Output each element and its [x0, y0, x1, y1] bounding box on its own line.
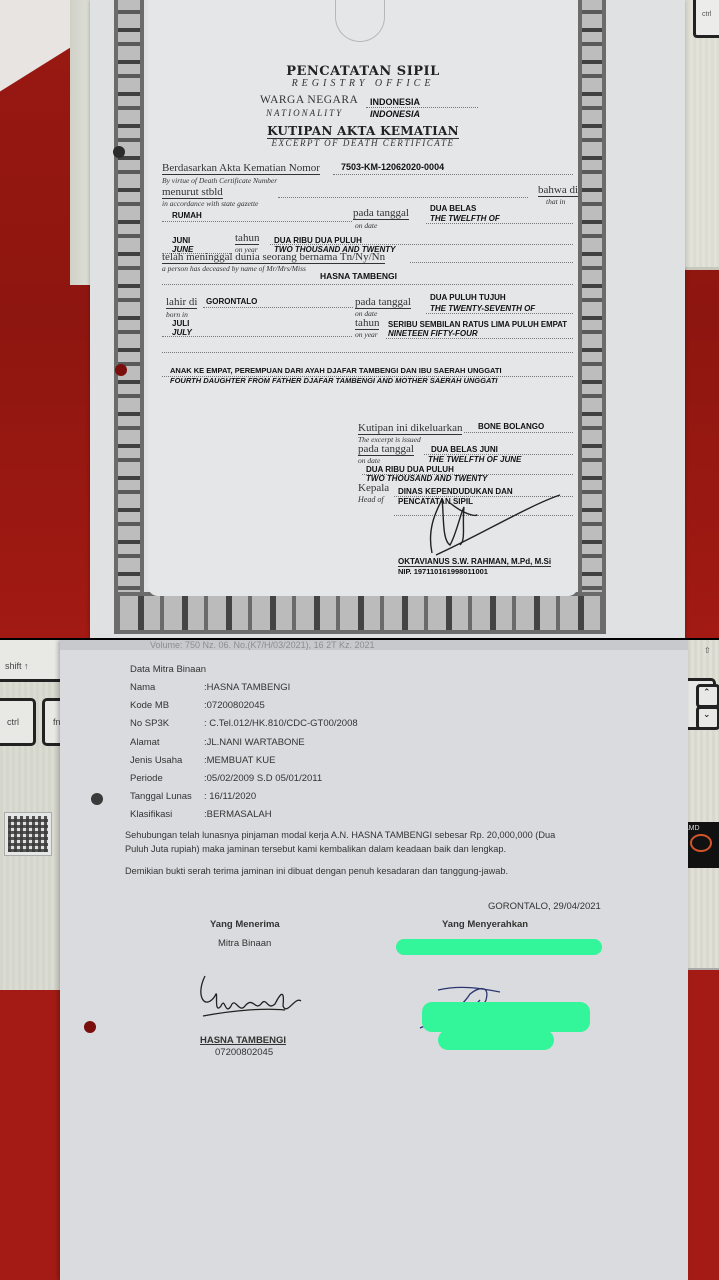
- dotted-line: [162, 284, 573, 285]
- official-nip: NIP. 197110161998011001: [398, 567, 488, 576]
- issued-day: DUA BELAS JUNI: [431, 445, 498, 454]
- key-arrow-down-icon: ⌄: [696, 706, 719, 730]
- issued-date-label-en: on date: [358, 456, 380, 465]
- field-label: No SP3K: [130, 718, 169, 729]
- field-value: : C.Tel.012/HK.810/CDC-GT00/2008: [204, 718, 358, 729]
- collateral-receipt-photo: shift ↑ ctrl fn ⇧ ⌃ ⌄ AMD Volume: 750 Nz…: [0, 640, 719, 1280]
- clipped-header-text: Volume: 750 Nz. 06. No.(K7/H/03/2021), 1…: [150, 640, 374, 650]
- certificate-border-bottom: [120, 596, 600, 630]
- deceased-label: telah meninggal dunia seorang bernama Tn…: [162, 251, 385, 264]
- giver-title: Yang Menyerahkan: [442, 919, 528, 930]
- key-shift: shift ↑: [0, 640, 65, 682]
- field-value: :JL.NANI WARTABONE: [204, 737, 305, 748]
- punch-hole: [113, 146, 125, 158]
- cert-number: 7503-KM-12062020-0004: [341, 162, 444, 172]
- field-value: :07200802045: [204, 700, 265, 711]
- nationality-label: WARGA NEGARA: [260, 94, 358, 106]
- field-value: : 16/11/2020: [204, 791, 256, 802]
- birth-date-label: pada tanggal: [355, 296, 411, 309]
- head-label-en: Head of: [358, 495, 384, 504]
- field-label: Jenis Usaha: [130, 755, 182, 766]
- birth-year-label: tahun: [355, 317, 379, 330]
- office-subtitle: REGISTRY OFFICE: [148, 78, 578, 89]
- key-ctrl: ctrl: [693, 0, 719, 38]
- dotted-line: [333, 174, 573, 175]
- receiver-name: HASNA TAMBENGI: [200, 1035, 286, 1046]
- dotted-line: [270, 244, 573, 245]
- issued-place: BONE BOLANGO: [478, 422, 544, 431]
- redaction-giver-role: [396, 939, 602, 955]
- issued-date-label: pada tanggal: [358, 443, 414, 456]
- stbld-label: menurut stbld: [162, 186, 223, 199]
- field-value: :HASNA TAMBENGI: [204, 682, 290, 693]
- dotted-line: [162, 352, 573, 353]
- dotted-line: [410, 262, 573, 263]
- nationality-value: INDONESIA: [370, 97, 420, 107]
- paragraph-1-line-1: Sehubungan telah lunasnya pinjaman modal…: [125, 830, 555, 840]
- place-date: GORONTALO, 29/04/2021: [488, 901, 601, 912]
- section-title: Data Mitra Binaan: [130, 664, 206, 675]
- deceased-name: HASNA TAMBENGI: [320, 271, 397, 281]
- birth-place: GORONTALO: [206, 297, 257, 306]
- dotted-line: [386, 338, 573, 339]
- birth-day-en: THE TWENTY-SEVENTH OF: [430, 304, 535, 313]
- field-label: Kode MB: [130, 700, 169, 711]
- paragraph-2: Demikian bukti serah terima jaminan ini …: [125, 866, 508, 876]
- cert-number-label-en: By virtue of Death Certificate Number: [162, 176, 277, 185]
- receipt-paper: Volume: 750 Nz. 06. No.(K7/H/03/2021), 1…: [60, 640, 688, 1280]
- issued-day-en: THE TWELFTH OF JUNE: [428, 455, 521, 464]
- born-label-en: born in: [166, 310, 188, 319]
- redaction-giver-name: [422, 1002, 590, 1032]
- punch-hole: [115, 364, 127, 376]
- deceased-label-en: a person has deceased by name of Mr/Mrs/…: [162, 264, 306, 273]
- field-label: Nama: [130, 682, 155, 693]
- dotted-line: [203, 307, 353, 308]
- key-ctrl: ctrl: [0, 698, 36, 746]
- dotted-line: [362, 474, 573, 475]
- document-title: KUTIPAN AKTA KEMATIAN: [148, 124, 578, 138]
- birth-year-en: NINETEEN FIFTY-FOUR: [388, 329, 478, 338]
- birth-day: DUA PULUH TUJUH: [430, 293, 506, 302]
- receiver-signature: [195, 966, 345, 1026]
- field-label: Periode: [130, 773, 163, 784]
- head-label: Kepala: [358, 482, 389, 494]
- cert-number-label: Berdasarkan Akta Kematian Nomor: [162, 162, 320, 175]
- death-day: DUA BELAS: [430, 204, 476, 213]
- office-title: PENCATATAN SIPIL: [148, 64, 578, 79]
- key-arrow-up-icon: ⌃: [696, 684, 719, 708]
- stbld-label-en: in accordance with state gazette: [162, 199, 258, 208]
- punch-hole: [84, 1021, 96, 1033]
- death-month: JUNI: [172, 236, 190, 245]
- dotted-line: [424, 454, 573, 455]
- dotted-line: [162, 336, 352, 337]
- key-shift-label: ⇧: [704, 646, 711, 655]
- death-day-en: THE TWELFTH OF: [430, 214, 500, 223]
- relation: ANAK KE EMPAT, PEREMPUAN DARI AYAH DJAFA…: [170, 366, 502, 375]
- birth-month: JULI: [172, 319, 189, 328]
- receiver-role: Mitra Binaan: [218, 938, 271, 949]
- field-value: :MEMBUAT KUE: [204, 755, 275, 766]
- that-in-label-en: that in: [546, 197, 565, 206]
- redaction-giver-code: [438, 1030, 554, 1050]
- dotted-line: [426, 313, 573, 314]
- death-date-label: pada tanggal: [353, 207, 409, 220]
- dotted-line: [426, 223, 573, 224]
- field-label: Alamat: [130, 737, 160, 748]
- field-value: :05/02/2009 S.D 05/01/2011: [204, 773, 322, 784]
- death-year-label: tahun: [235, 232, 259, 245]
- official-signature: [420, 485, 570, 560]
- that-in-label: bahwa di: [538, 184, 578, 197]
- qr-code-sticker-icon: [4, 812, 52, 856]
- born-label: lahir di: [166, 296, 197, 309]
- nationality-value-en: INDONESIA: [370, 109, 420, 119]
- receiver-title: Yang Menerima: [210, 919, 280, 930]
- field-label: Klasifikasi: [130, 809, 172, 820]
- dotted-line: [162, 221, 352, 222]
- field-value: :BERMASALAH: [204, 809, 272, 820]
- paragraph-1-line-2: Puluh Juta rupiah) maka jaminan tersebut…: [125, 844, 506, 854]
- birth-year: SERIBU SEMBILAN RATUS LIMA PULUH EMPAT: [388, 320, 567, 329]
- issued-year: DUA RIBU DUA PULUH: [366, 465, 454, 474]
- document-subtitle: EXCERPT OF DEATH CERTIFICATE: [148, 138, 578, 148]
- field-label: Tanggal Lunas: [130, 791, 192, 802]
- punch-hole: [91, 793, 103, 805]
- birth-year-label-en: on year: [355, 330, 378, 339]
- death-certificate-photo: ctrl PENCATATAN SIPIL REGISTRY OFFICE WA…: [0, 0, 719, 638]
- place-of-death: RUMAH: [172, 211, 202, 220]
- relation-en: FOURTH DAUGHTER FROM FATHER DJAFAR TAMBE…: [170, 376, 498, 385]
- issued-label: Kutipan ini dikeluarkan: [358, 422, 462, 435]
- dotted-line: [278, 197, 528, 198]
- dotted-line: [366, 107, 478, 108]
- receiver-code: 07200802045: [215, 1047, 273, 1058]
- nationality-label-en: NATIONALITY: [266, 108, 343, 118]
- dotted-line: [464, 432, 573, 433]
- death-date-label-en: on date: [355, 221, 377, 230]
- ryzen-logo-icon: [690, 834, 712, 852]
